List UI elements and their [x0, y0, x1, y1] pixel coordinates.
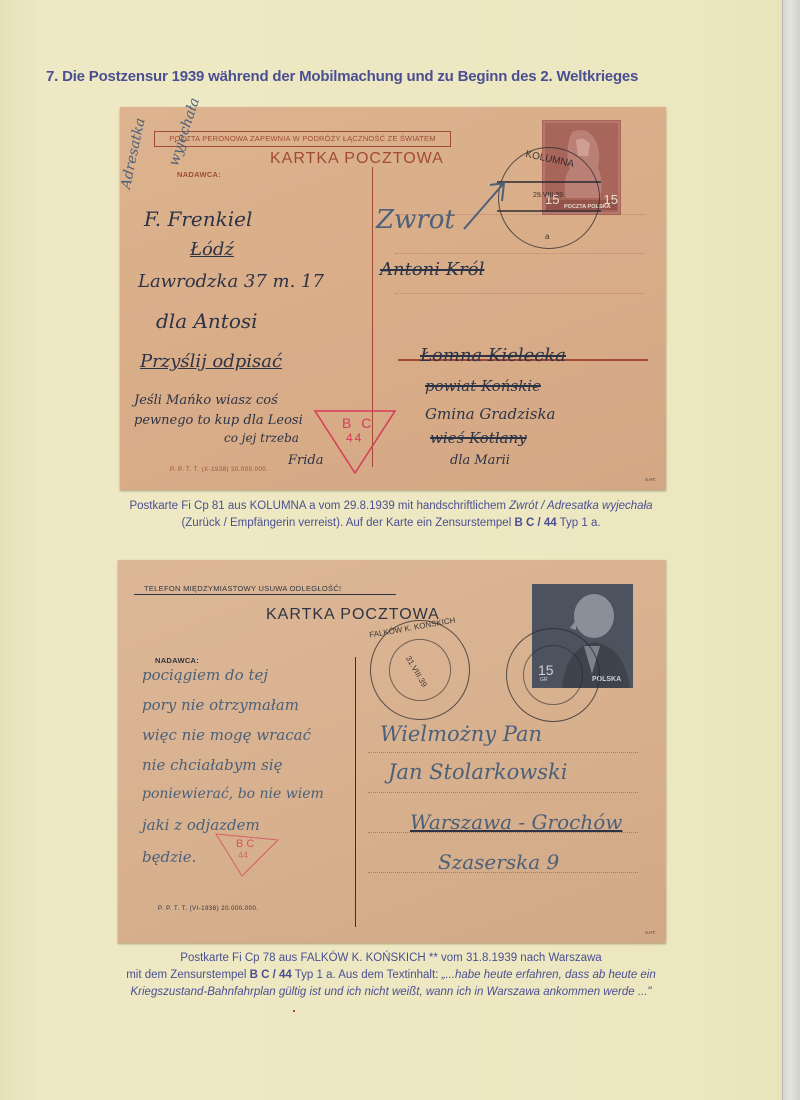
postmark-bar [497, 181, 601, 183]
page-heading: 7. Die Postzensur 1939 während der Mobil… [46, 68, 638, 85]
handwritten-return-note: Zwrot [376, 205, 455, 235]
handwritten-vertical-note: Adresatka [118, 117, 149, 191]
address-line-text: Wielmożny Pan [380, 722, 542, 746]
caption-italic: Kriegszustand-Bahnfahrplan gültig ist un… [131, 986, 652, 998]
message-line: pociągiem do tej [142, 666, 268, 684]
address-line: dla Marii [450, 453, 510, 468]
sender-line: Lawrodzka 37 m. 17 [138, 271, 324, 292]
address-line-text: Jan Stolarkowski [388, 760, 567, 784]
caption-text: Typ 1 a. Aus dem Textinhalt: [292, 969, 442, 981]
sender-line: Łódź [190, 239, 234, 260]
address-line-struck: Gmina Gradziska [425, 405, 556, 423]
caption-bold: B C / 44 [250, 969, 292, 981]
censor-mark-text: B C [342, 415, 374, 431]
page-edge [782, 0, 800, 1100]
printer-note: P. P. T. T. (VI-1938) 20.000.000. [158, 906, 258, 912]
address-line-struck: Łomna Kielecka [420, 345, 566, 366]
censor-mark-number: 44 [238, 850, 248, 860]
message-line: nie chciałabym się [142, 756, 283, 774]
address-line [368, 752, 638, 753]
card-title: KARTKA POCZTOWA [270, 150, 444, 168]
sender-label: NADAWCA: [177, 170, 221, 179]
address-line-struck: wieś Kotlany [430, 429, 527, 447]
arrow-icon [460, 177, 510, 232]
caption-text: Postkarte Fi Cp 78 aus FALKÓW K. KOŃSKIC… [0, 950, 782, 967]
censor-mark-bc44: B C 44 [214, 830, 280, 878]
sender-label: NADAWCA: [155, 656, 199, 665]
sender-line: F. Frenkiel [144, 207, 252, 231]
caption-text: Postkarte Fi Cp 81 aus KOLUMNA a vom 29.… [129, 500, 509, 512]
caption-text: (Zurück / Empfängerin verreist). Auf der… [181, 517, 514, 529]
address-line-text: Szaserska 9 [438, 850, 559, 874]
address-line-text: Warszawa - Grochów [410, 810, 622, 834]
caption-italic: Zwrót / Adresatka wyjechała [509, 500, 652, 512]
postmark-kolumna: KOLUMNA 29.VIII.39 a [498, 147, 600, 249]
caption-italic: „...habe heute erfahren, dass ab heute e… [442, 969, 656, 981]
address-line [368, 792, 638, 793]
address-line [395, 293, 645, 294]
censor-mark-bc44: B C 44 [312, 407, 398, 477]
message-line: pewnego to kup dla Leosi [134, 413, 303, 428]
postcard-kolumna: POCZTA PERONOWA ZAPEWNIA W PODRÓŻY ŁĄCZN… [120, 107, 666, 490]
message-line: poniewierać, bo nie wiem [142, 786, 324, 802]
card-slogan: TELEFON MIĘDZYMIASTOWY USUWA ODLEGŁOŚĆ! [134, 584, 396, 595]
sender-line: dla Antosi [156, 309, 258, 333]
message-line: Jeśli Mańko wiasz coś [134, 393, 278, 408]
postmark-falkow-stamp [506, 628, 600, 722]
address-line-struck: powiat Końskie [425, 377, 541, 395]
caption-bold: B C / 44 [514, 517, 556, 529]
message-line: pory nie otrzymałam [142, 696, 299, 714]
card-slogan: POCZTA PERONOWA ZAPEWNIA W PODRÓŻY ŁĄCZN… [154, 131, 451, 147]
caption-card2: Postkarte Fi Cp 78 aus FALKÓW K. KOŃSKIC… [0, 950, 782, 1001]
corner-mark: S.HT. [645, 477, 656, 482]
postmark-suffix: a [545, 232, 549, 241]
censor-mark-number: 44 [346, 431, 363, 445]
postmark-date: 29.VIII.39 [533, 192, 563, 199]
caption-text: mit dem Zensurstempel [126, 969, 249, 981]
postmark-place: KOLUMNA [524, 149, 575, 170]
address-line-struck: Antoni Król [380, 259, 484, 280]
corner-mark: S.HT. [645, 930, 656, 935]
message-line: co jej trzeba [224, 431, 299, 445]
caption-text: Typ 1 a. [557, 517, 601, 529]
address-line [395, 253, 645, 254]
message-line: będzie. [142, 848, 196, 866]
message-line: więc nie mogę wracać [142, 726, 311, 744]
printer-note: P. P. T. T. (X-1938) 20.000.000. [170, 467, 268, 473]
postmark-bar [497, 210, 601, 212]
sender-line: Przyślij odpisać [140, 351, 282, 372]
postcard-falkow: TELEFON MIĘDZYMIASTOWY USUWA ODLEGŁOŚĆ! … [118, 560, 666, 943]
postmark-inner-ring [523, 645, 583, 705]
speck [293, 1010, 295, 1012]
censor-mark-text: B C [236, 838, 254, 850]
card-divider [355, 657, 356, 927]
caption-card1: Postkarte Fi Cp 81 aus KOLUMNA a vom 29.… [0, 498, 782, 532]
